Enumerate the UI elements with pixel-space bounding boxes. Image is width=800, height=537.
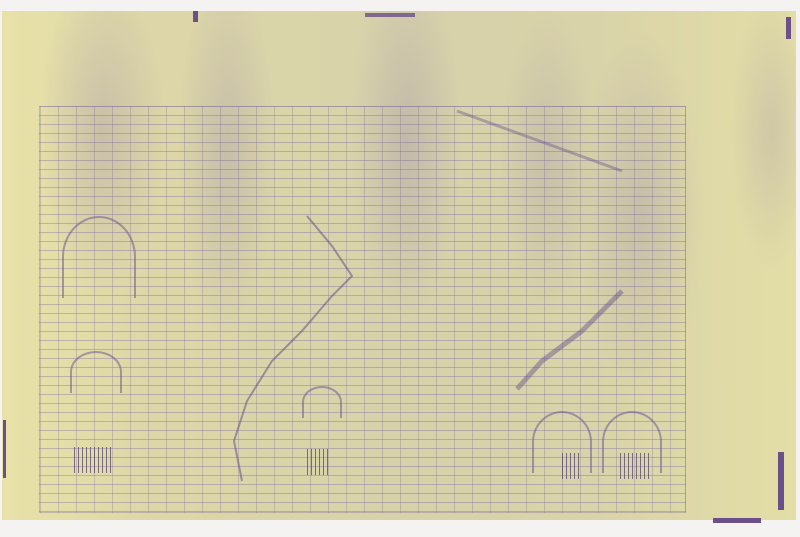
tape-mark-right	[778, 452, 784, 510]
drawing-sheet	[2, 11, 796, 520]
tape-mark-top-right	[786, 17, 791, 39]
tape-mark-bottom-right	[713, 518, 761, 523]
tape-mark-top-center	[365, 13, 415, 17]
tape-mark-left	[3, 420, 6, 478]
crack-lines	[2, 11, 796, 520]
tape-mark-top-left	[193, 11, 198, 22]
